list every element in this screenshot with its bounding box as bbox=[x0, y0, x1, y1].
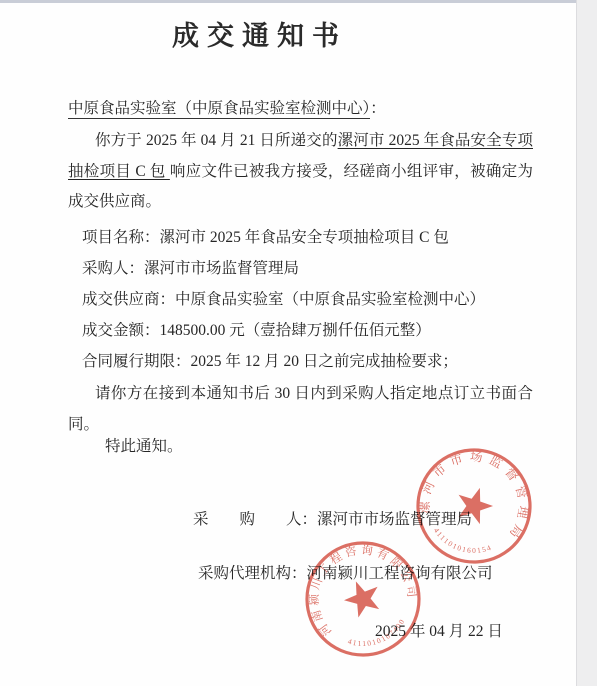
scan-right-edge-strip bbox=[576, 0, 597, 686]
recipient-name: 中原食品实验室（中原食品实验室检测中心） bbox=[68, 100, 370, 119]
field-value: 漯河市 2025 年食品安全专项抽检项目 C 包 bbox=[160, 229, 449, 246]
document-date: 2025 年 04 月 22 日 bbox=[375, 617, 503, 647]
contract-instruction-paragraph: 请你方在接到本通知书后 30 日内到采购人指定地点订立书面合同。 bbox=[68, 379, 533, 440]
recipient-colon: ： bbox=[370, 100, 386, 117]
closing-line: 特此通知。 bbox=[105, 432, 183, 462]
acceptance-paragraph: 你方于 2025 年 04 月 21 日所递交的漯河市 2025 年食品安全专项… bbox=[68, 126, 533, 218]
field-label: 项目名称： bbox=[82, 229, 160, 246]
scan-top-edge-bar bbox=[0, 0, 597, 3]
field-value: 2025 年 12 月 20 日之前完成抽检要求； bbox=[191, 353, 458, 370]
field-label: 采购人： bbox=[82, 260, 144, 277]
field-value: 漯河市市场监督管理局 bbox=[144, 260, 299, 277]
field-project-name: 项目名称：漯河市 2025 年食品安全专项抽检项目 C 包 bbox=[82, 222, 533, 253]
signature-agency: 采购代理机构：河南颍川工程咨询有限公司 bbox=[198, 559, 493, 589]
scanned-document-page: 成交通知书 中原食品实验室（中原食品实验室检测中心）： 你方于 2025 年 0… bbox=[0, 0, 597, 686]
document-title: 成交通知书 bbox=[172, 14, 347, 53]
paragraph1-prefix: 你方于 2025 年 04 月 21 日所递交的 bbox=[95, 132, 338, 149]
field-label: 成交供应商： bbox=[82, 291, 175, 308]
signature-label: 采购代理机构： bbox=[198, 565, 307, 582]
field-label: 成交金额： bbox=[82, 322, 160, 339]
field-awarded-supplier: 成交供应商：中原食品实验室（中原食品实验室检测中心） bbox=[82, 284, 533, 315]
signature-label: 采 购 人： bbox=[193, 511, 317, 528]
signature-value: 漯河市市场监督管理局 bbox=[317, 511, 472, 528]
recipient-line: 中原食品实验室（中原食品实验室检测中心）： bbox=[68, 98, 386, 120]
field-award-amount: 成交金额：148500.00 元（壹拾肆万捌仟伍佰元整） bbox=[82, 315, 533, 346]
field-contract-period: 合同履行期限：2025 年 12 月 20 日之前完成抽检要求； bbox=[82, 346, 533, 377]
field-label: 合同履行期限： bbox=[82, 353, 191, 370]
field-purchaser: 采购人：漯河市市场监督管理局 bbox=[82, 253, 533, 284]
field-value: 中原食品实验室（中原食品实验室检测中心） bbox=[175, 291, 485, 308]
field-value: 148500.00 元（壹拾肆万捌仟伍佰元整） bbox=[160, 322, 431, 339]
field-list: 项目名称：漯河市 2025 年食品安全专项抽检项目 C 包 采购人：漯河市市场监… bbox=[82, 222, 533, 377]
signature-purchaser: 采 购 人：漯河市市场监督管理局 bbox=[193, 505, 472, 535]
signature-value: 河南颍川工程咨询有限公司 bbox=[307, 565, 493, 582]
